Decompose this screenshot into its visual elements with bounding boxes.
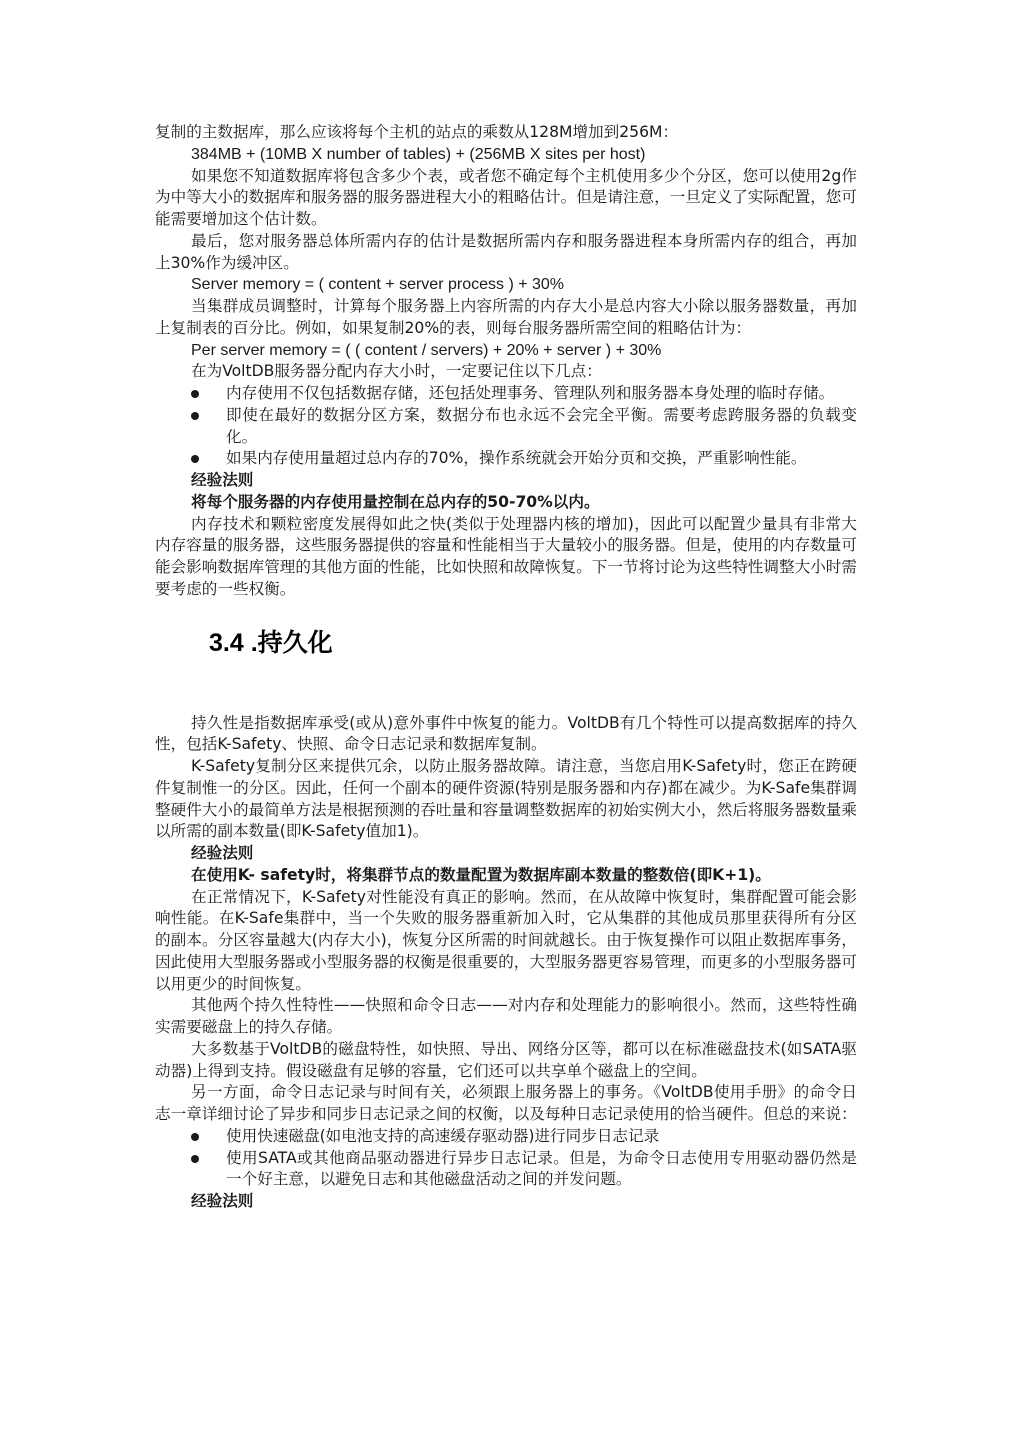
rule-of-thumb-title: 经验法则 — [155, 1191, 857, 1213]
paragraph: 其他两个持久性特性——快照和命令日志——对内存和处理能力的影响很小。然而，这些特… — [155, 995, 857, 1039]
rule-of-thumb-title: 经验法则 — [155, 470, 857, 492]
bullet-icon — [191, 1133, 199, 1141]
paragraph: 大多数基于VoltDB的磁盘特性，如快照、导出、网络分区等，都可以在标准磁盘技术… — [155, 1039, 857, 1083]
paragraph: K-Safety复制分区来提供冗余，以防止服务器故障。请注意，当您启用K-Saf… — [155, 756, 857, 843]
bullet-icon — [191, 1155, 199, 1163]
paragraph: 当集群成员调整时，计算每个服务器上内容所需的内存大小是总内容大小除以服务器数量，… — [155, 296, 857, 340]
bullet-icon — [191, 412, 199, 420]
paragraph: 复制的主数据库，那么应该将每个主机的站点的乘数从128M增加到256M： — [155, 122, 857, 144]
rule-of-thumb-text: 在使用K- safety时，将集群节点的数量配置为数据库副本数量的整数倍(即K+… — [155, 865, 857, 887]
paragraph: 内存技术和颗粒密度发展得如此之快(类似于处理器内核的增加)，因此可以配置少量具有… — [155, 514, 857, 601]
paragraph: 最后，您对服务器总体所需内存的估计是数据所需内存和服务器进程本身所需内存的组合，… — [155, 231, 857, 275]
bullet-list-memory: 内存使用不仅包括数据存储，还包括处理事务、管理队列和服务器本身处理的临时存储。 … — [155, 383, 857, 470]
bullet-list-logging: 使用快速磁盘(如电池支持的高速缓存驱动器)进行同步日志记录 使用SATA或其他商… — [155, 1126, 857, 1191]
formula-memory-estimate: 384MB + (10MB X number of tables) + (256… — [155, 144, 857, 166]
formula-per-server-memory: Per server memory = ( ( content / server… — [155, 340, 857, 362]
paragraph: 另一方面，命令日志记录与时间有关，必须跟上服务器上的事务。《VoltDB使用手册… — [155, 1082, 857, 1126]
section-heading: 3.4 .持久化 — [155, 623, 857, 713]
list-item: 如果内存使用量超过总内存的70%，操作系统就会开始分页和交换，严重影响性能。 — [155, 448, 857, 470]
formula-server-memory: Server memory = ( content + server proce… — [155, 274, 857, 296]
bullet-icon — [191, 455, 199, 463]
paragraph: 持久性是指数据库承受(或从)意外事件中恢复的能力。VoltDB有几个特性可以提高… — [155, 713, 857, 757]
rule-of-thumb-text: 将每个服务器的内存使用量控制在总内存的50-70%以内。 — [155, 492, 857, 514]
list-item: 即使在最好的数据分区方案，数据分布也永远不会完全平衡。需要考虑跨服务器的负载变化… — [155, 405, 857, 449]
bullet-icon — [191, 390, 199, 398]
paragraph: 在正常情况下，K-Safety对性能没有真正的影响。然而，在从故障中恢复时，集群… — [155, 887, 857, 996]
list-item: 使用SATA或其他商品驱动器进行异步日志记录。但是，为命令日志使用专用驱动器仍然… — [155, 1148, 857, 1192]
document-page: 复制的主数据库，那么应该将每个主机的站点的乘数从128M增加到256M： 384… — [155, 122, 857, 1213]
list-item: 内存使用不仅包括数据存储，还包括处理事务、管理队列和服务器本身处理的临时存储。 — [155, 383, 857, 405]
paragraph: 在为VoltDB服务器分配内存大小时，一定要记住以下几点： — [155, 361, 857, 383]
rule-of-thumb-title: 经验法则 — [155, 843, 857, 865]
list-item: 使用快速磁盘(如电池支持的高速缓存驱动器)进行同步日志记录 — [155, 1126, 857, 1148]
paragraph: 如果您不知道数据库将包含多少个表，或者您不确定每个主机使用多少个分区，您可以使用… — [155, 166, 857, 231]
